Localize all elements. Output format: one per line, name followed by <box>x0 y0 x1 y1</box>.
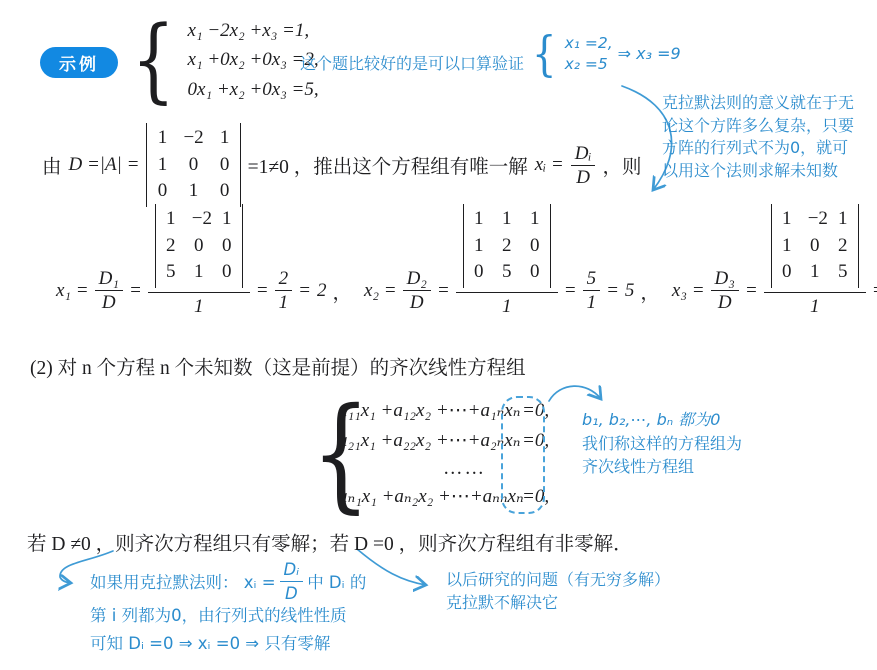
annotation-meaning-line: 方阵的行列式不为0，就可 <box>662 137 877 160</box>
conclusion-line: 若 D ≠0 ，则齐次方程组只有零解；若 D =0 ，则齐次方程组有非零解． <box>27 528 633 556</box>
fraction-numerator: 2 <box>275 268 293 291</box>
matrix-cell: 1 <box>836 206 850 233</box>
page: { "colors": { "ink": "#1e1e20", "hand": … <box>0 0 877 670</box>
annotation-text: 中 Dᵢ 的 <box>307 569 366 593</box>
fraction-denominator: D <box>410 291 424 313</box>
verify-case-2: x₂ =5 <box>565 54 613 75</box>
matrix-cell: −2 <box>192 206 206 233</box>
matrix-cell: 0 <box>183 152 203 179</box>
annotation-homogeneous-line: b₁, b₂,⋯, bₙ 都为0 <box>582 408 742 432</box>
verify-cases: x₁ =2, x₂ =5 <box>565 33 613 75</box>
matrix-cell: 5 <box>500 259 514 286</box>
matrix-cell: 1 <box>472 206 486 233</box>
equals-sign: = <box>745 280 758 302</box>
fraction-numerator: D₃ <box>711 268 739 291</box>
fraction-numeric: 5 1 <box>583 268 601 313</box>
equals-sign: = <box>606 280 619 302</box>
matrix-cell: 2 <box>164 233 178 260</box>
left-brace: { <box>131 14 175 106</box>
example-badge-label: 示例 <box>59 50 99 75</box>
matrix-cell: 0 <box>218 152 232 179</box>
fraction-numerator: D₁ <box>95 268 123 291</box>
solution-lhs: x₃ = <box>672 280 705 302</box>
determinant-fraction: 1−21102015 1 <box>764 204 866 318</box>
matrix-cell: 5 <box>164 259 178 286</box>
matrix-cell: 1 <box>780 206 794 233</box>
determinant-line: 由 D =|A| = 1−21100010 =1≠0 ，推出这个方程组有唯一解 … <box>42 124 642 206</box>
fraction-D3-over-D: D₃ D <box>711 268 739 313</box>
matrix-cell: 1 <box>183 178 203 205</box>
system-of-equations-1: { x₁ −2x₂ +x₃ =1, x₁ +0x₂ +0x₃ =2, 0x₁ +… <box>124 14 319 106</box>
matrix-cell: 0 <box>808 233 822 260</box>
dashed-highlight-box <box>501 396 545 514</box>
equals-sign: = <box>256 280 269 302</box>
matrix-cell: 1 <box>220 206 234 233</box>
fraction-denominator: D <box>285 582 298 604</box>
matrix-cell: 2 <box>500 233 514 260</box>
fraction-Di-over-D: Dᵢ D <box>571 143 596 188</box>
equals-sign: = <box>129 280 142 302</box>
determinant-matrix-A: 1−21100010 <box>146 123 240 207</box>
fraction-numerator: 5 <box>583 268 601 291</box>
solution-x3: x₃ = D₃ D = 1−21102015 1 = 9 1 = 9 ． <box>672 234 877 348</box>
determinant-matrix-D2: 111120050 <box>463 204 551 288</box>
section-2-heading: (2) 对 n 个方程 n 个未知数（这是前提）的齐次线性方程组 <box>30 352 526 380</box>
matrix-cell: 0 <box>472 259 486 286</box>
matrix-cell: 0 <box>528 259 542 286</box>
equations-column: x₁ −2x₂ +x₃ =1, x₁ +0x₂ +0x₃ =2, 0x₁ +x₂… <box>188 16 319 105</box>
lineA-lead: 由 <box>42 151 62 179</box>
fraction-denominator: 1 <box>587 291 597 313</box>
equation-line-1: x₁ −2x₂ +x₃ =1, <box>188 16 319 46</box>
annotation-meaning-line: 克拉默法则的意义就在于无 <box>662 92 877 115</box>
equals-sign: = <box>872 280 877 302</box>
determinant-fraction-denominator: 1 <box>810 293 820 318</box>
annotation-future-line: 以后研究的问题（有无穷多解） <box>446 568 670 591</box>
matrix-cell: 1 <box>528 206 542 233</box>
annotation-meaning-line: 论这个方阵多么复杂，只要 <box>662 115 877 138</box>
ellipsis: …… <box>443 458 486 480</box>
solution-x2: x₂ = D₂ D = 111120050 1 = 5 1 = 5 ， <box>364 234 660 348</box>
determinant-fraction: 111120050 1 <box>456 204 558 318</box>
fraction-numerator: Dᵢ <box>280 559 304 582</box>
annotation-homogeneous: b₁, b₂,⋯, bₙ 都为0 我们称这样的方程组为 齐次线性方程组 <box>582 408 742 479</box>
matrix-cell: 0 <box>528 233 542 260</box>
solution-value: 5 <box>625 280 635 302</box>
lineA-xi-equals: xᵢ = <box>535 154 564 176</box>
matrix-cell: 0 <box>192 233 206 260</box>
verify-case-1: x₁ =2, <box>565 33 613 54</box>
equals-sign: = <box>298 280 311 302</box>
fraction-denominator: D <box>576 166 590 188</box>
annotation-text: 如果用克拉默法则： xᵢ = <box>90 569 276 593</box>
matrix-cell: 1 <box>500 206 514 233</box>
annotation-cramer-zero-line3: 可知 Dᵢ =0 ⇒ xᵢ =0 ⇒ 只有零解 <box>90 630 366 658</box>
annotation-verify-text: 这个题比较好的是可以口算验证 <box>300 53 524 76</box>
matrix-cell: 1 <box>808 259 822 286</box>
solution-value: 2 <box>317 280 327 302</box>
matrix-cell: 0 <box>155 178 169 205</box>
annotation-homogeneous-line: 我们称这样的方程组为 <box>582 432 742 456</box>
small-left-brace: { <box>532 30 556 78</box>
fraction-D2-over-D: D₂ D <box>403 268 431 313</box>
equals-sign: = <box>564 280 577 302</box>
annotation-cramer-zero-line1: 如果用克拉默法则： xᵢ = Dᵢ D 中 Dᵢ 的 <box>90 560 366 602</box>
fraction-Di-over-D-handwritten: Dᵢ D <box>280 559 304 604</box>
annotation-future: 以后研究的问题（有无穷多解） 克拉默不解决它 <box>446 568 670 614</box>
lineA-mid: =1≠0 ，推出这个方程组有唯一解 <box>248 151 528 179</box>
annotation-cramer-zero-line2: 第 i 列都为0，由行列式的线性性质 <box>90 602 366 630</box>
equation-line-2: x₁ +0x₂ +0x₃ =2, <box>188 45 319 75</box>
determinant-fraction-numerator: 1−21200510 <box>148 204 250 293</box>
matrix-cell: 5 <box>836 259 850 286</box>
matrix-cell: 2 <box>836 233 850 260</box>
solutions-line: x₁ = D₁ D = 1−21200510 1 = 2 1 = 2 ， x₂ … <box>56 234 877 348</box>
annotation-meaning-line: 以用这个法则求解未知数 <box>662 160 877 183</box>
equals-sign: = <box>437 280 450 302</box>
matrix-cell: 0 <box>220 233 234 260</box>
fraction-numerator: D₂ <box>403 268 431 291</box>
determinant-matrix-D3: 1−21102015 <box>771 204 859 288</box>
verify-result: ⇒ x₃ =9 <box>618 43 681 66</box>
annotation-verify: 这个题比较好的是可以口算验证 { x₁ =2, x₂ =5 ⇒ x₃ =9 <box>300 28 681 80</box>
matrix-cell: 1 <box>780 233 794 260</box>
determinant-fraction-numerator: 1−21102015 <box>764 204 866 293</box>
determinant-matrix-D1: 1−21200510 <box>155 204 243 288</box>
matrix-cell: −2 <box>183 125 203 152</box>
determinant-fraction-denominator: 1 <box>194 293 204 318</box>
lineA-tail: ，则 <box>602 151 641 179</box>
separator: ， <box>640 277 660 305</box>
determinant-fraction-numerator: 111120050 <box>456 204 558 293</box>
separator: ， <box>332 277 352 305</box>
fraction-numerator: Dᵢ <box>571 143 596 166</box>
left-brace: { <box>311 392 331 516</box>
annotation-cramer-zero: 如果用克拉默法则： xᵢ = Dᵢ D 中 Dᵢ 的 第 i 列都为0，由行列式… <box>90 560 366 658</box>
matrix-cell: 0 <box>780 259 794 286</box>
matrix-cell: −2 <box>808 206 822 233</box>
matrix-cell: 0 <box>218 178 232 205</box>
matrix-cell: 1 <box>192 259 206 286</box>
equation-line-3: 0x₁ +x₂ +0x₃ =5, <box>188 75 319 105</box>
lineA-D-equals: D =|A| = <box>69 154 140 176</box>
matrix-cell: 1 <box>472 233 486 260</box>
determinant-fraction-denominator: 1 <box>502 293 512 318</box>
example-badge: 示例 <box>40 47 118 78</box>
matrix-cell: 0 <box>220 259 234 286</box>
fraction-denominator: D <box>718 291 732 313</box>
matrix-cell: 1 <box>164 206 178 233</box>
annotation-future-line: 克拉默不解决它 <box>446 591 670 614</box>
matrix-cell: 1 <box>155 125 169 152</box>
annotation-homogeneous-line: 齐次线性方程组 <box>582 455 742 479</box>
matrix-cell: 1 <box>218 125 232 152</box>
fraction-denominator: 1 <box>279 291 289 313</box>
fraction-denominator: D <box>102 291 116 313</box>
annotation-meaning: 克拉默法则的意义就在于无 论这个方阵多么复杂，只要 方阵的行列式不为0，就可 以… <box>662 92 877 182</box>
curved-arrow-to-homogeneous-note <box>549 386 601 401</box>
solution-lhs: x₂ = <box>364 280 397 302</box>
fraction-numeric: 2 1 <box>275 268 293 313</box>
matrix-cell: 1 <box>155 152 169 179</box>
fraction-D1-over-D: D₁ D <box>95 268 123 313</box>
solution-lhs: x₁ = <box>56 280 89 302</box>
solution-x1: x₁ = D₁ D = 1−21200510 1 = 2 1 = 2 ， <box>56 234 352 348</box>
determinant-fraction: 1−21200510 1 <box>148 204 250 318</box>
